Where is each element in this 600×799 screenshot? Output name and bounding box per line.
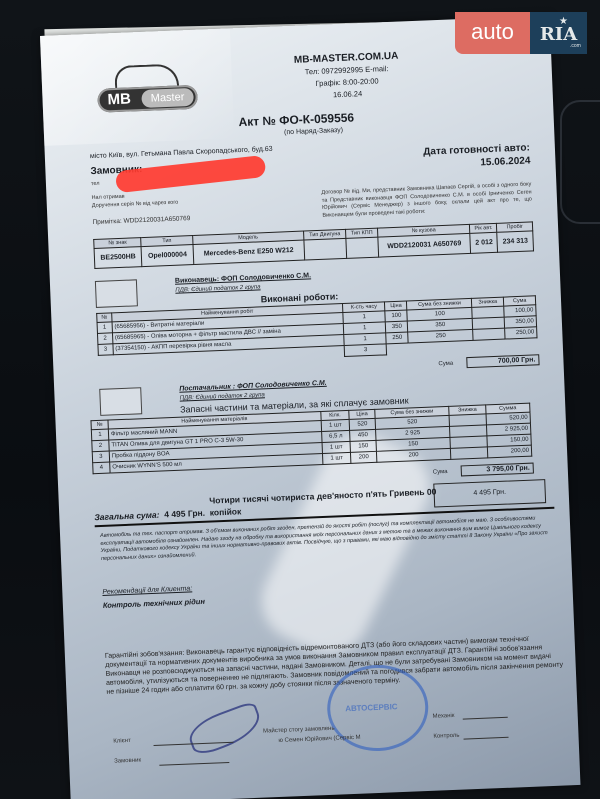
parts-sum-label: Сума	[433, 469, 448, 476]
parts-cell: 200	[376, 448, 451, 462]
master-label: Майстер стогу замовлень	[263, 726, 335, 735]
parts-supplier: Постачальник : ФОП Солодовиченко С.М.	[179, 380, 327, 393]
car-logo-icon	[114, 63, 179, 88]
watermark-com: .com	[570, 43, 581, 49]
works-cell: 1	[97, 322, 112, 334]
parts-vat: ПДВ: Єдиний податок 2 група	[180, 392, 265, 401]
client-signature	[184, 700, 265, 758]
parts-cell: 200	[351, 451, 377, 463]
received-label: Нал отримав	[91, 194, 124, 201]
customer-sign-label: Замовник	[114, 758, 141, 765]
works-cell: 250	[386, 332, 409, 344]
parts-cell: 2	[92, 440, 109, 452]
wrench-icon	[95, 279, 138, 308]
phone-label: тел	[91, 181, 100, 187]
parts-icon	[99, 387, 142, 416]
vehicle-table: № знакТипМодельТип ДвигунаТип КПП№ кузов…	[93, 221, 534, 269]
note: Примітка: WDD2120031A650769	[92, 215, 190, 226]
total-label: Загальна сума:	[94, 510, 160, 523]
total-box: 4 495 Грн.	[433, 479, 546, 507]
spacer	[386, 343, 409, 355]
spacer	[473, 339, 505, 351]
mechanic-label: Механік	[433, 713, 455, 720]
parts-cell: 3	[92, 451, 109, 463]
parts-cell: 1 шт	[322, 452, 351, 464]
parts-table: №Найменування матеріалівКілк.ЦінаСума бе…	[90, 403, 532, 475]
works-sum: 700,00 Грн.	[466, 354, 539, 368]
works-executor: Виконавець: ФОП Солодовиченко С.М.	[175, 272, 311, 284]
control-sign-line	[464, 737, 509, 740]
vehicle-cell: Opel000004	[141, 245, 193, 267]
stamp-text: АВТОСЕРВІС	[345, 702, 398, 713]
total-amount: 4 495 Грн.	[164, 508, 205, 520]
parts-cell: 200,00	[487, 445, 531, 458]
logo-master: Master	[141, 88, 194, 108]
vehicle-cell	[304, 238, 347, 260]
vehicle-cell: Mercedes-Benz E250 W212	[193, 240, 305, 264]
trusted-label: Доручення серія № від чарез кого	[92, 200, 179, 209]
works-cell: 2	[97, 333, 112, 345]
client-label: Клієнт	[113, 738, 131, 745]
recommendations-text: Контроль технічних рідин	[103, 597, 205, 610]
car-interior-detail	[560, 100, 600, 224]
hours-total: 3	[344, 344, 387, 357]
ready-date: Дата готовності авто: 15.06.2024	[420, 141, 531, 171]
recommendations-title: Рекомендації для Клиента:	[102, 585, 192, 596]
company-header: MB-MASTER.COM.UA Тел: 0972992995 E-mail:…	[256, 49, 438, 104]
mb-master-logo: MB Master	[96, 63, 203, 117]
autoria-watermark: auto RIA ★ .com	[455, 12, 587, 54]
vehicle-cell: BE2500HB	[94, 247, 142, 269]
customer-sign-line	[159, 762, 229, 766]
logo-mb: MB	[107, 90, 131, 108]
works-vat: ПДВ: Єдиний податок 2 група	[175, 284, 260, 293]
parts-cell: 1	[91, 429, 108, 441]
star-icon: ★	[559, 16, 568, 27]
works-sum-label: Сума	[438, 361, 453, 368]
mechanic-sign-line	[463, 717, 508, 720]
document-paper: MB Master MB-MASTER.COM.UA Тел: 09729929…	[40, 16, 580, 799]
parts-cell	[451, 447, 488, 459]
works-cell: 3	[98, 344, 113, 356]
redaction-mark	[115, 155, 267, 193]
spacer	[409, 340, 474, 354]
spacer	[505, 338, 537, 350]
agreement-text: Договор № від. Ми, представник Замовника…	[321, 181, 532, 219]
vehicle-cell	[346, 237, 378, 258]
vehicle-cell: 234 313	[497, 231, 533, 252]
parts-cell: 4	[93, 462, 110, 474]
act-subtitle: (по Наряд-Заказу)	[284, 127, 343, 136]
vehicle-cell: WDD2120031 A650769	[378, 233, 471, 257]
control-label: Контроль	[433, 733, 459, 740]
watermark-auto: auto	[455, 12, 530, 54]
vehicle-cell: 2 012	[470, 232, 498, 253]
parts-sum: 3 795,00 Грн.	[461, 463, 534, 477]
works-title: Виконані роботи:	[261, 291, 339, 304]
spacer	[98, 355, 113, 367]
